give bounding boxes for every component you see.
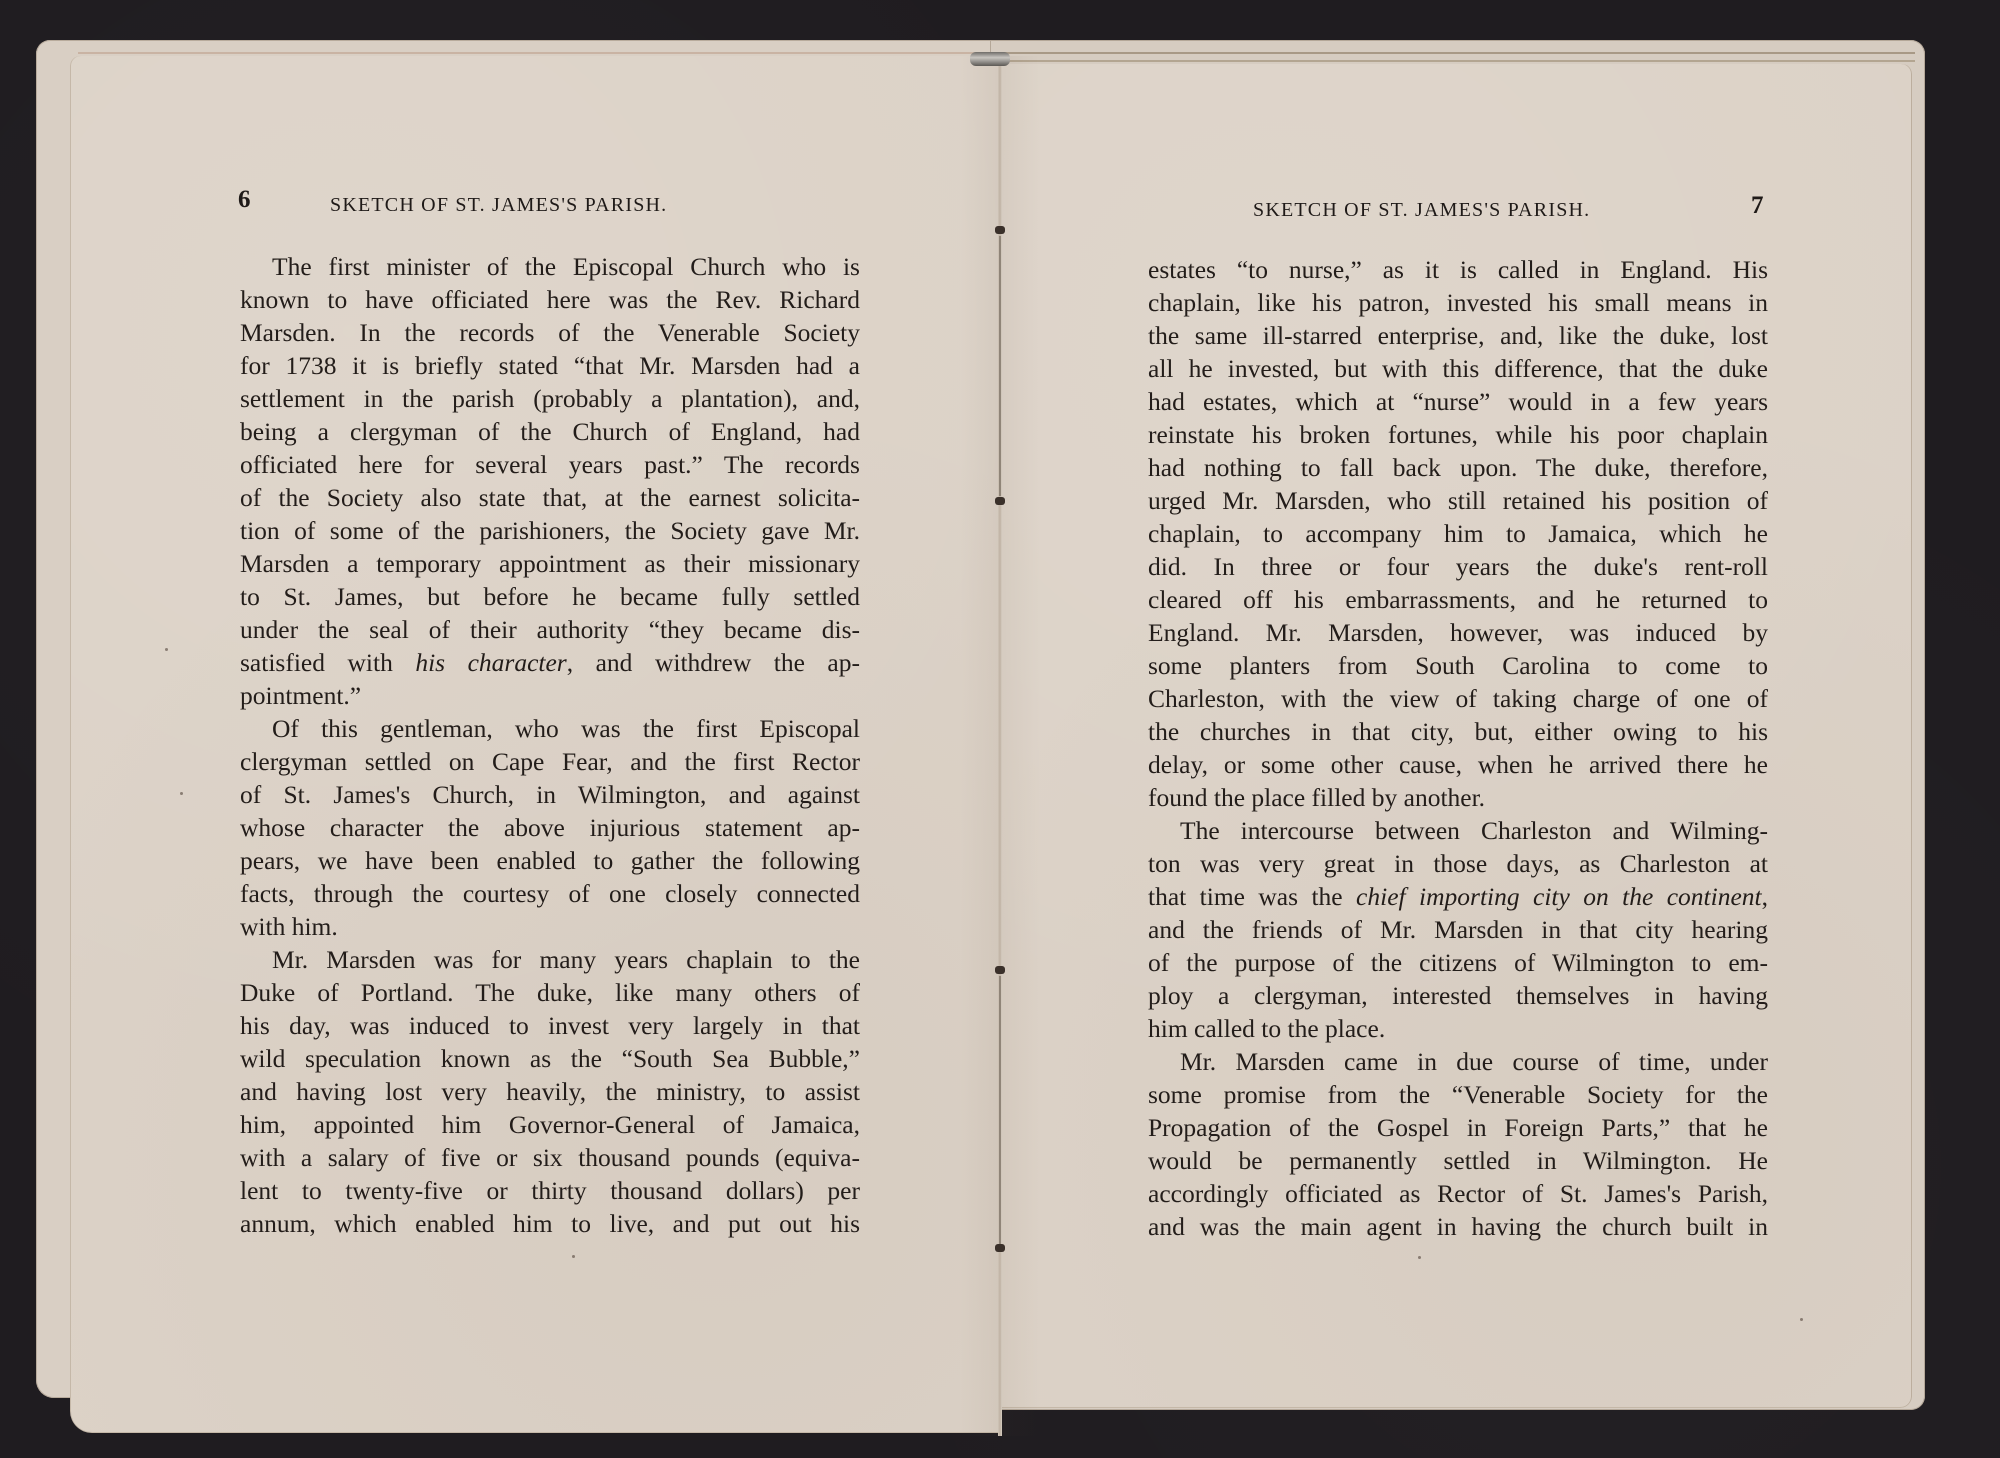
text-line: his day, was induced to invest very larg… xyxy=(240,1009,860,1042)
text-line: chaplain, like his patron, invested his … xyxy=(1148,286,1768,319)
page-number-right: 7 xyxy=(1751,192,1764,220)
page-number-left: 6 xyxy=(238,186,251,214)
text-line: lent to twenty-five or thirty thousand d… xyxy=(240,1174,860,1207)
text-line: of the purpose of the citizens of Wilmin… xyxy=(1148,946,1768,979)
text-line: wild speculation known as the “South Sea… xyxy=(240,1042,860,1075)
text-line: that time was the chief importing city o… xyxy=(1148,880,1768,913)
text-line: annum, which enabled him to live, and pu… xyxy=(240,1207,860,1240)
text-line: found the place filled by another. xyxy=(1148,781,1768,814)
text-line: Of this gentleman, who was the first Epi… xyxy=(240,712,860,745)
text-line: of the Society also state that, at the e… xyxy=(240,481,860,514)
text-line: did. In three or four years the duke's r… xyxy=(1148,550,1768,583)
text-line: under the seal of their authority “they … xyxy=(240,613,860,646)
text-line: Marsden. In the records of the Venerable… xyxy=(240,316,860,349)
paper-speck xyxy=(180,792,183,795)
text-line: reinstate his broken fortunes, while his… xyxy=(1148,418,1768,451)
text-line: Propagation of the Gospel in Foreign Par… xyxy=(1148,1111,1768,1144)
text-line: had estates, which at “nurse” would in a… xyxy=(1148,385,1768,418)
text-line: and was the main agent in having the chu… xyxy=(1148,1210,1768,1243)
text-line: urged Mr. Marsden, who still retained hi… xyxy=(1148,484,1768,517)
text-line: ton was very great in those days, as Cha… xyxy=(1148,847,1768,880)
text-line: known to have officiated here was the Re… xyxy=(240,283,860,316)
text-line: for 1738 it is briefly stated “that Mr. … xyxy=(240,349,860,382)
text-line: the same ill-starred enterprise, and, li… xyxy=(1148,319,1768,352)
text-line: and the friends of Mr. Marsden in that c… xyxy=(1148,913,1768,946)
staple-icon xyxy=(995,226,1005,234)
text-segment: satisfied with xyxy=(240,648,415,677)
running-head-right: SKETCH OF ST. JAMES'S PARISH. xyxy=(1253,199,1590,222)
text-line: Mr. Marsden came in due course of time, … xyxy=(1148,1045,1768,1078)
text-line: with him. xyxy=(240,910,860,943)
text-segment: , xyxy=(1762,882,1768,911)
paper-speck xyxy=(1800,1318,1803,1321)
text-line: clergyman settled on Cape Fear, and the … xyxy=(240,745,860,778)
text-line: The first minister of the Episcopal Chur… xyxy=(240,250,860,283)
text-line: and having lost very heavily, the minist… xyxy=(240,1075,860,1108)
staple-icon xyxy=(995,497,1005,505)
text-segment: , and withdrew the ap- xyxy=(567,648,860,677)
staple-icon xyxy=(995,1244,1005,1252)
text-line: Marsden a temporary appointment as their… xyxy=(240,547,860,580)
text-line: pears, we have been enabled to gather th… xyxy=(240,844,860,877)
text-line: whose character the above injurious stat… xyxy=(240,811,860,844)
paper-speck xyxy=(165,648,168,651)
right-page-edge-line xyxy=(1000,60,1915,62)
text-line: estates “to nurse,” as it is called in E… xyxy=(1148,253,1768,286)
text-line: tion of some of the parishioners, the So… xyxy=(240,514,860,547)
text-line: settlement in the parish (probably a pla… xyxy=(240,382,860,415)
text-line: pointment.” xyxy=(240,679,860,712)
binding-clip-icon xyxy=(970,52,1010,66)
text-line: him, appointed him Governor-General of J… xyxy=(240,1108,860,1141)
text-line: some promise from the “Venerable Society… xyxy=(1148,1078,1768,1111)
text-line: some planters from South Carolina to com… xyxy=(1148,649,1768,682)
paper-speck xyxy=(1418,1256,1421,1259)
text-segment: that time was the xyxy=(1148,882,1356,911)
text-line: him called to the place. xyxy=(1148,1012,1768,1045)
text-line: Mr. Marsden was for many years chaplain … xyxy=(240,943,860,976)
text-line: satisfied with his character, and withdr… xyxy=(240,646,860,679)
left-page-body: The first minister of the Episcopal Chur… xyxy=(240,250,860,1240)
right-page-body: estates “to nurse,” as it is called in E… xyxy=(1148,253,1768,1243)
text-line: Charleston, with the view of taking char… xyxy=(1148,682,1768,715)
text-line: all he invested, but with this differenc… xyxy=(1148,352,1768,385)
text-line: delay, or some other cause, when he arri… xyxy=(1148,748,1768,781)
text-line: had nothing to fall back upon. The duke,… xyxy=(1148,451,1768,484)
text-line: would be permanently settled in Wilmingt… xyxy=(1148,1144,1768,1177)
paper-speck xyxy=(572,1255,575,1258)
text-line: accordingly officiated as Rector of St. … xyxy=(1148,1177,1768,1210)
text-line: England. Mr. Marsden, however, was induc… xyxy=(1148,616,1768,649)
staple-icon xyxy=(995,966,1005,974)
italic-text: chief importing city on the continent xyxy=(1356,882,1762,911)
text-line: being a clergyman of the Church of Engla… xyxy=(240,415,860,448)
left-page-top-edge xyxy=(78,52,993,54)
text-line: the churches in that city, but, either o… xyxy=(1148,715,1768,748)
text-line: chaplain, to accompany him to Jamaica, w… xyxy=(1148,517,1768,550)
italic-text: his character xyxy=(415,648,566,677)
staple-wire xyxy=(999,976,1001,1246)
text-line: of St. James's Church, in Wilmington, an… xyxy=(240,778,860,811)
right-page-edge-line xyxy=(1000,52,1915,54)
text-line: facts, through the courtesy of one close… xyxy=(240,877,860,910)
text-line: to St. James, but before he became fully… xyxy=(240,580,860,613)
staple-wire xyxy=(999,236,1001,496)
text-line: The intercourse between Charleston and W… xyxy=(1148,814,1768,847)
text-line: cleared off his embarrassments, and he r… xyxy=(1148,583,1768,616)
text-line: with a salary of five or six thousand po… xyxy=(240,1141,860,1174)
text-line: Duke of Portland. The duke, like many ot… xyxy=(240,976,860,1009)
running-head-left: SKETCH OF ST. JAMES'S PARISH. xyxy=(330,194,667,217)
text-line: ploy a clergyman, interested themselves … xyxy=(1148,979,1768,1012)
text-line: officiated here for several years past.”… xyxy=(240,448,860,481)
